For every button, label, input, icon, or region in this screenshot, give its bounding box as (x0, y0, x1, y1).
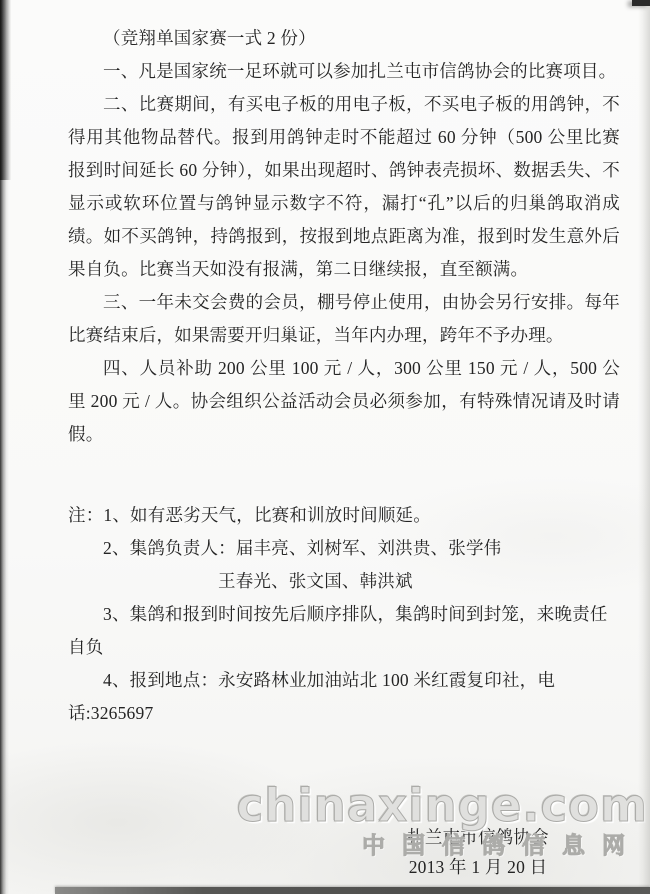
copies-note: （竞翔单国家赛一式 2 份） (68, 22, 620, 55)
rule-item-4: 四、人员补助 200 公里 100 元 / 人，300 公里 150 元 / 人… (68, 352, 620, 451)
note-line-2: 2、集鸽负责人：届丰亮、刘树军、刘洪贵、张学伟 (68, 532, 620, 565)
scanned-document-page: （竞翔单国家赛一式 2 份） 一、凡是国家统一足环就可以参加扎兰屯市信鸽协会的比… (0, 0, 650, 894)
scan-edge-right (638, 0, 650, 894)
note-line-1: 注：1、如有恶劣天气，比赛和训放时间顺延。 (68, 499, 620, 532)
note-line-4: 4、报到地点：永安路林业加油站北 100 米红霞复印社，电话:3265697 (68, 664, 620, 730)
scan-edge-left-top (0, 0, 14, 180)
rule-item-1: 一、凡是国家统一足环就可以参加扎兰屯市信鸽协会的比赛项目。 (68, 55, 620, 88)
watermark-site-name: 中国信鸽信息网 (237, 832, 650, 860)
note-line-names: 王春光、张文国、韩洪斌 (68, 565, 620, 598)
scan-corner-top-right (632, 0, 650, 6)
notes-section: 注：1、如有恶劣天气，比赛和训放时间顺延。 2、集鸽负责人：届丰亮、刘树军、刘洪… (68, 499, 620, 730)
watermark: chinaxinge.com 中国信鸽信息网 (237, 782, 650, 860)
note-line-3: 3、集鸽和报到时间按先后顺序排队，集鸽时间到封笼，来晚责任自负 (68, 598, 620, 664)
watermark-site-url: chinaxinge.com (237, 782, 650, 830)
scan-edge-bottom (55, 887, 650, 894)
rule-item-2: 二、比赛期间，有买电子板的用电子板，不买电子板的用鸽钟，不得用其他物品替代。报到… (68, 88, 620, 286)
rule-item-3: 三、一年未交会费的会员，棚号停止使用，由协会另行安排。每年比赛结束后，如果需要开… (68, 286, 620, 352)
document-body: （竞翔单国家赛一式 2 份） 一、凡是国家统一足环就可以参加扎兰屯市信鸽协会的比… (68, 22, 620, 882)
